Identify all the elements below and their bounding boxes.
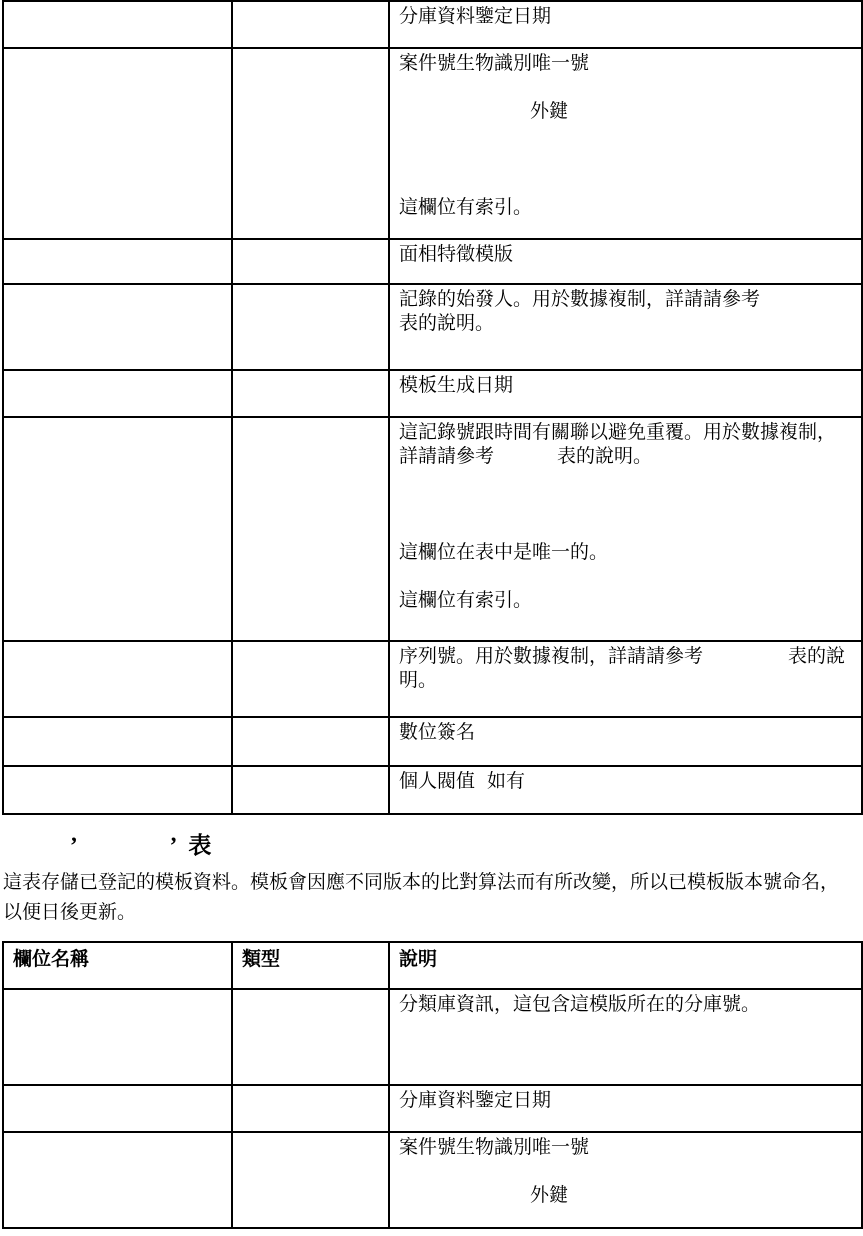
table-row: 分庫資料鑒定日期 [3, 1085, 862, 1132]
field-type-cell [232, 370, 389, 417]
field-name-cell [3, 717, 232, 766]
description-line [399, 493, 855, 517]
field-description-cell: 分庫資料鑒定日期 [389, 1, 862, 48]
description-text: 外鍵 [530, 1185, 568, 1206]
text-gap [475, 786, 487, 787]
close-quote: ’ [170, 833, 178, 858]
template-fields-table: 欄位名稱類型說明分類庫資訊，這包含這模版所在的分庫號。分庫資料鑒定日期案件號生物… [2, 941, 863, 1229]
table-row: 序列號。用於數據複制，詳請請參考表的說明。 [3, 641, 862, 717]
description-line: 記錄的始發人。用於數據複制，詳請請參考 [399, 288, 855, 312]
description-line: 面相特徵模版 [399, 243, 855, 267]
description-line [399, 469, 855, 493]
description-text: 這欄位有索引。 [399, 590, 532, 611]
description-text: 詳請請參考 [399, 446, 494, 467]
table-row: 分庫資料鑒定日期 [3, 1, 862, 48]
description-line [399, 1160, 855, 1184]
field-type-cell [232, 1085, 389, 1132]
description-text: 數位簽名 [399, 722, 475, 743]
field-type-cell [232, 284, 389, 370]
field-name-cell [3, 641, 232, 717]
field-name-cell [3, 1085, 232, 1132]
field-description-cell: 記錄的始發人。用於數據複制，詳請請參考表的說明。 [389, 284, 862, 370]
field-type-cell [232, 48, 389, 239]
description-line [399, 76, 855, 100]
template-table-section: 欄位名稱類型說明分類庫資訊，這包含這模版所在的分庫號。分庫資料鑒定日期案件號生物… [0, 941, 863, 1229]
description-line [399, 172, 855, 196]
text-gap [494, 461, 557, 462]
description-text: 案件號生物識別唯一號 [399, 53, 589, 74]
description-text: 個人閥值 [399, 771, 475, 792]
section-heading-word: 表 [188, 833, 211, 858]
description-line [399, 124, 855, 148]
intro-line-1: 這表存儲已登記的模板資料。模板會因應不同版本的比對算法而有所改變，所以已模板版本… [3, 872, 839, 893]
description-text: 表的說明。 [399, 313, 494, 334]
column-header-description: 說明 [389, 942, 862, 989]
description-line: 分庫資料鑒定日期 [399, 1089, 855, 1113]
table-row: 數位簽名 [3, 717, 862, 766]
field-type-cell [232, 417, 389, 641]
description-text: 序列號。用於數據複制，詳請請參考 [399, 646, 703, 667]
column-header-field-name: 欄位名稱 [3, 942, 232, 989]
field-type-cell [232, 989, 389, 1085]
field-name-cell [3, 370, 232, 417]
table-row: 記錄的始發人。用於數據複制，詳請請參考表的說明。 [3, 284, 862, 370]
description-text: 記錄的始發人。用於數據複制，詳請請參考 [399, 289, 760, 310]
description-text: 表的說 [788, 646, 845, 667]
field-description-cell: 模板生成日期 [389, 370, 862, 417]
description-text: 表的說明。 [557, 446, 652, 467]
description-line: 外鍵 [399, 100, 855, 124]
field-name-cell [3, 766, 232, 814]
field-type-cell [232, 766, 389, 814]
description-text: 如有 [487, 771, 525, 792]
header-row: 欄位名稱類型說明 [3, 942, 862, 989]
field-description-cell: 案件號生物識別唯一號外鍵 [389, 1132, 862, 1228]
table-row: 分類庫資訊，這包含這模版所在的分庫號。 [3, 989, 862, 1085]
fields-table-continued: 分庫資料鑒定日期案件號生物識別唯一號外鍵這欄位有索引。面相特徵模版記錄的始發人。… [2, 0, 863, 815]
field-name-cell [3, 1, 232, 48]
description-line: 序列號。用於數據複制，詳請請參考表的說 [399, 645, 855, 669]
description-text: 外鍵 [530, 101, 568, 122]
section-intro: 這表存儲已登記的模板資料。模板會因應不同版本的比對算法而有所改變，所以已模板版本… [3, 868, 863, 928]
description-line: 案件號生物識別唯一號 [399, 1136, 855, 1160]
description-text: 明。 [399, 670, 437, 691]
document-page: 分庫資料鑒定日期案件號生物識別唯一號外鍵這欄位有索引。面相特徵模版記錄的始發人。… [0, 0, 863, 1236]
field-name-cell [3, 417, 232, 641]
description-line: 這欄位有索引。 [399, 196, 855, 220]
description-text: 這欄位有索引。 [399, 197, 532, 218]
field-description-cell: 分類庫資訊，這包含這模版所在的分庫號。 [389, 989, 862, 1085]
field-type-cell [232, 641, 389, 717]
description-line: 數位簽名 [399, 721, 855, 745]
description-text: 面相特徵模版 [399, 244, 513, 265]
field-name-cell [3, 48, 232, 239]
table-row: 案件號生物識別唯一號外鍵 [3, 1132, 862, 1228]
field-description-cell: 這記錄號跟時間有關聯以避免重覆。用於數據複制，詳請請參考表的說明。這欄位在表中是… [389, 417, 862, 641]
field-description-cell: 數位簽名 [389, 717, 862, 766]
description-text: 模板生成日期 [399, 375, 513, 396]
open-quote: ’ [70, 833, 78, 858]
field-description-cell: 序列號。用於數據複制，詳請請參考表的說明。 [389, 641, 862, 717]
description-text: 分庫資料鑒定日期 [399, 1090, 551, 1111]
text-gap [399, 1200, 530, 1201]
intro-line-2: 以便日後更新。 [3, 902, 136, 923]
table-row: 個人閥值如有 [3, 766, 862, 814]
field-description-cell: 面相特徵模版 [389, 239, 862, 284]
description-text: 案件號生物識別唯一號 [399, 1137, 589, 1158]
description-line: 分庫資料鑒定日期 [399, 5, 855, 29]
description-text: 這記錄號跟時間有關聯以避免重覆。用於數據複制， [399, 422, 836, 443]
description-text: 這欄位在表中是唯一的。 [399, 542, 608, 563]
description-line [399, 148, 855, 172]
field-type-cell [232, 239, 389, 284]
field-name-cell [3, 1132, 232, 1228]
description-line: 明。 [399, 669, 855, 693]
description-line: 詳請請參考表的說明。 [399, 445, 855, 469]
field-description-cell: 個人閥值如有 [389, 766, 862, 814]
field-type-cell [232, 1132, 389, 1228]
description-text: 分庫資料鑒定日期 [399, 6, 551, 27]
description-line [399, 517, 855, 541]
table-row: 案件號生物識別唯一號外鍵這欄位有索引。 [3, 48, 862, 239]
column-header-type: 類型 [232, 942, 389, 989]
description-line: 個人閥值如有 [399, 770, 855, 794]
description-line: 這欄位有索引。 [399, 589, 855, 613]
field-type-cell [232, 1, 389, 48]
text-gap [703, 661, 788, 662]
description-line: 分類庫資訊，這包含這模版所在的分庫號。 [399, 993, 855, 1017]
field-name-cell [3, 284, 232, 370]
description-line: 外鍵 [399, 1184, 855, 1208]
field-name-cell [3, 989, 232, 1085]
description-line [399, 565, 855, 589]
description-line: 案件號生物識別唯一號 [399, 52, 855, 76]
table-row: 面相特徵模版 [3, 239, 862, 284]
description-line: 表的說明。 [399, 312, 855, 336]
table-row: 模板生成日期 [3, 370, 862, 417]
section-heading: ’’表 [0, 833, 863, 859]
description-line: 這欄位在表中是唯一的。 [399, 541, 855, 565]
field-description-cell: 案件號生物識別唯一號外鍵這欄位有索引。 [389, 48, 862, 239]
description-text: 分類庫資訊，這包含這模版所在的分庫號。 [399, 994, 760, 1015]
table-row: 這記錄號跟時間有關聯以避免重覆。用於數據複制，詳請請參考表的說明。這欄位在表中是… [3, 417, 862, 641]
field-name-cell [3, 239, 232, 284]
description-line: 模板生成日期 [399, 374, 855, 398]
field-description-cell: 分庫資料鑒定日期 [389, 1085, 862, 1132]
text-gap [399, 116, 530, 117]
description-line: 這記錄號跟時間有關聯以避免重覆。用於數據複制， [399, 421, 855, 445]
field-type-cell [232, 717, 389, 766]
